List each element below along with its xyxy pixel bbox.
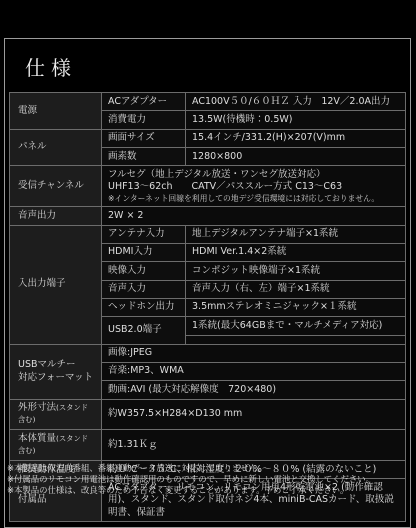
row-label-audio-output: 音声出力: [10, 207, 102, 225]
value-antenna: 地上デジタルアンテナ端子×1系統: [186, 225, 406, 243]
usb-formats-label-line1: USBマルチー: [18, 359, 95, 371]
reception-line1: フルセグ（地上デジタル放送・ワンセグ放送対応）: [108, 169, 399, 181]
sub-label-hdmi: HDMI入力: [102, 243, 186, 261]
value-pixels: 1280×800: [186, 148, 406, 166]
value-hdmi: HDMI Ver.1.4×2系統: [186, 243, 406, 261]
value-ac-adapter: AC100V５０/６０ＨＺ 入力 12V／2.0A出力: [186, 93, 406, 111]
row-label-usb-formats: USBマルチー 対応フォーマット: [10, 344, 102, 399]
sub-label-consumption: 消費電力: [102, 111, 186, 129]
value-format-image: 画像:JPEG: [102, 344, 406, 362]
value-format-video: 動画:AVI (最大対応解像度 720×480): [102, 381, 406, 399]
footnotes: ※本製品は双方向番組、番組連動データ放送に対応しておりません。 ※付属品のリモコ…: [7, 463, 410, 496]
value-audio-output: 2W × 2: [102, 207, 406, 225]
row-label-panel: パネル: [10, 129, 102, 166]
value-audio-input: 音声入力（右、左）端子×1系統: [186, 280, 406, 298]
sub-label-usb: USB2.0端子: [102, 317, 186, 344]
dimensions-label: 外形寸法: [18, 402, 56, 413]
value-headphone: 3.5mmステレオミニジャック×１系統: [186, 298, 406, 316]
value-consumption: 13.5W(待機時：0.5W): [186, 111, 406, 129]
sub-label-video-input: 映像入力: [102, 262, 186, 280]
sub-label-audio-input: 音声入力: [102, 280, 186, 298]
row-label-reception: 受信チャンネル: [10, 166, 102, 207]
value-usb: 1系統(最大64GBまで・マルチメディア対応): [186, 317, 406, 335]
value-screen-size: 15.4インチ/331.2(H)×207(V)mm: [186, 129, 406, 147]
value-format-music: 音楽:MP3、WMA: [102, 362, 406, 380]
row-label-io: 入出力端子: [10, 225, 102, 344]
sub-label-antenna: アンテナ入力: [102, 225, 186, 243]
row-label-power: 電源: [10, 93, 102, 130]
reception-note: ※インターネット回線を利用しての地デジ受信環境には対応しておりません。: [108, 194, 399, 204]
table-row-reception: 受信チャンネル フルセグ（地上デジタル放送・ワンセグ放送対応） UHF13～62…: [10, 166, 406, 207]
footnote-line: ※付属品のリモコン用電池は動作確認用のものですので、早めに新しい電池と交換してく…: [7, 474, 410, 485]
reception-line2: UHF13～62ch CATV／パススルー方式 C13～C63: [108, 181, 399, 193]
weight-label: 本体質量: [18, 433, 56, 444]
page-title: 仕様: [5, 39, 410, 92]
sub-label-pixels: 画素数: [102, 148, 186, 166]
sub-label-ac-adapter: ACアダプター: [102, 93, 186, 111]
table-row-format-image: USBマルチー 対応フォーマット 画像:JPEG: [10, 344, 406, 362]
table-row-screen-size: パネル 画面サイズ 15.4インチ/331.2(H)×207(V)mm: [10, 129, 406, 147]
table-row-dimensions: 外形寸法(スタンド含む) 約W357.5×H284×D130 mm: [10, 399, 406, 430]
row-label-dimensions: 外形寸法(スタンド含む): [10, 399, 102, 430]
value-dimensions: 約W357.5×H284×D130 mm: [102, 399, 406, 430]
sub-label-screen-size: 画面サイズ: [102, 129, 186, 147]
usb-formats-label-line2: 対応フォーマット: [18, 372, 95, 384]
value-usb-2: [186, 335, 406, 344]
row-label-weight: 本体質量(スタンド含む): [10, 430, 102, 461]
table-row-antenna: 入出力端子 アンテナ入力 地上デジタルアンテナ端子×1系統: [10, 225, 406, 243]
value-video-input: コンポジット映像端子×1系統: [186, 262, 406, 280]
spec-table: 電源 ACアダプター AC100V５０/６０ＨＺ 入力 12V／2.0A出力 消…: [9, 92, 406, 522]
value-reception: フルセグ（地上デジタル放送・ワンセグ放送対応） UHF13～62ch CATV／…: [102, 166, 406, 207]
sub-label-headphone: ヘッドホン出力: [102, 298, 186, 316]
footnote-line: ※本製品の仕様は、改良等のため予告なく変更することがあります。予めご了承ください…: [7, 485, 410, 496]
table-row-power-adapter: 電源 ACアダプター AC100V５０/６０ＨＺ 入力 12V／2.0A出力: [10, 93, 406, 111]
table-row-audio-output: 音声出力 2W × 2: [10, 207, 406, 225]
table-row-weight: 本体質量(スタンド含む) 約1.31Ｋｇ: [10, 430, 406, 461]
spec-panel: 仕様 電源 ACアダプター AC100V５０/６０ＨＺ 入力 12V／2.0A出…: [4, 38, 411, 524]
footnote-line: ※本製品は双方向番組、番組連動データ放送に対応しておりません。: [7, 463, 410, 474]
value-weight: 約1.31Ｋｇ: [102, 430, 406, 461]
